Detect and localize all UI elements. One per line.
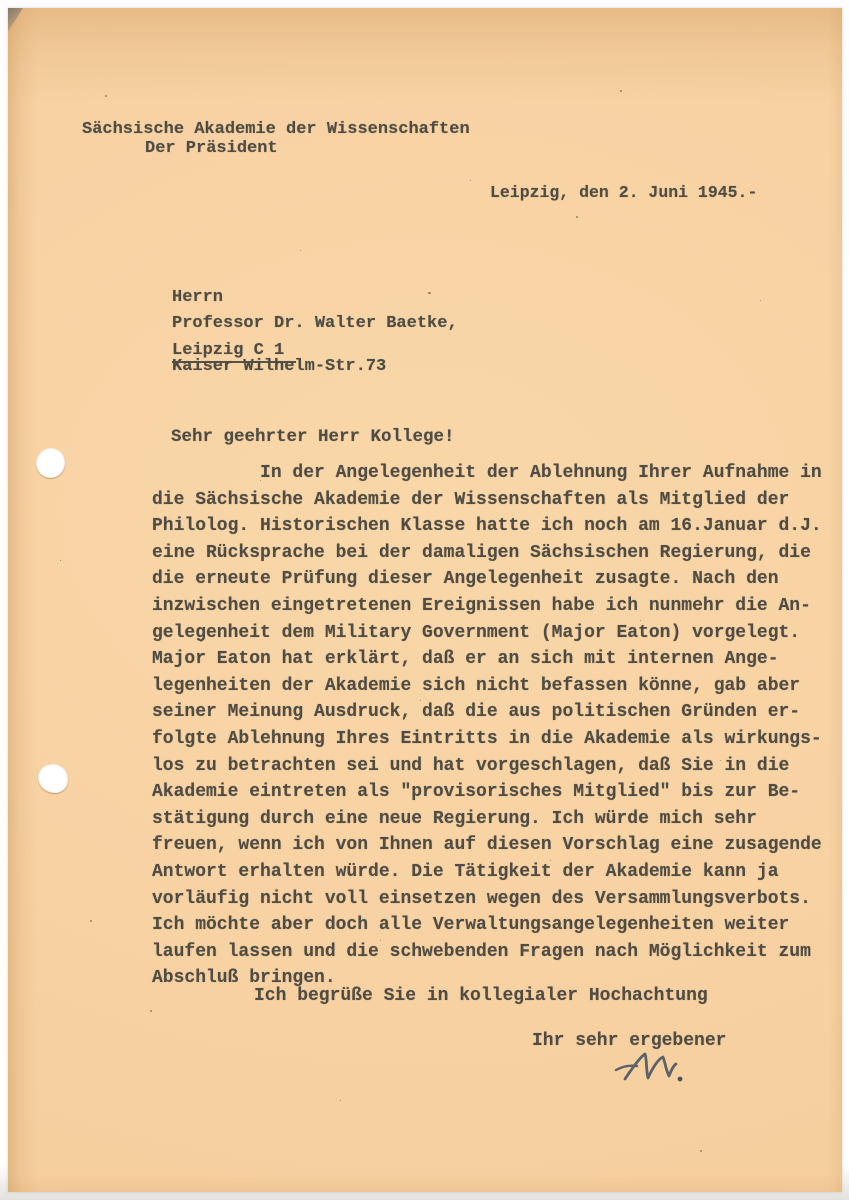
body-line: laufen lassen und die schwebenden Fragen… [152,939,849,966]
paper-speck [420,700,421,701]
body-line: Major Eaton hat erklärt, daß er an sich … [152,646,849,673]
paper-speck [620,90,622,92]
body-line: In der Angelegenheit der Ablehnung Ihrer… [152,460,849,487]
paper-speck [90,920,92,922]
punch-hole-top [36,448,65,478]
recipient-street: Kaiser Wilhelm-Str.73 [172,357,386,377]
paper-speck [470,180,471,181]
salutation: Sehr geehrter Herr Kollege! [171,427,455,447]
closing-formula: Ich begrüße Sie in kollegialer Hochachtu… [254,986,708,1007]
paper-speck [720,760,721,761]
body-line: freuen, wenn ich von Ihnen auf diesen Vo… [152,832,849,859]
body-line: folgte Ablehnung Ihres Eintritts in die … [152,726,849,753]
body-line: eine Rücksprache bei der damaligen Sächs… [152,540,849,567]
recipient-title: Herrn [172,288,223,308]
paper-speck [640,620,641,621]
paper-speck [340,1100,341,1101]
handwritten-signature-w [590,1045,710,1125]
paper-speck [300,250,301,251]
paper-speck [60,560,61,561]
paper-speck [760,300,761,301]
paper-speck [150,1010,152,1012]
body-line: Ich möchte aber doch alle Verwaltungsang… [152,912,849,939]
signature-period [678,1077,683,1082]
body-line: stätigung durch eine neue Regierung. Ich… [152,806,849,833]
body-line: legenheiten der Akademie sich nicht befa… [152,673,849,700]
body-line: Akademie eintreten als "provisorisches M… [152,779,849,806]
body-line: inzwischen eingetretenen Ereignissen hab… [152,593,849,620]
paper-speck [380,940,381,941]
scanned-letter-page: Sächsische Akademie der Wissenschaften D… [0,0,849,1200]
paper-speck [428,292,431,294]
paper-speck [105,95,107,97]
paper-speck [200,640,202,642]
paper-speck [260,480,261,481]
letterhead-organization: Sächsische Akademie der Wissenschaften [82,120,470,140]
body-line: Antwort erhalten würde. Die Tätigkeit de… [152,859,849,886]
recipient-name: Professor Dr. Walter Baetke, [172,314,458,334]
body-line: seiner Meinung Ausdruck, daß die aus pol… [152,699,849,726]
letter-paper: Sächsische Akademie der Wissenschaften D… [8,8,842,1192]
body-line: vorläufig nicht voll einsetzen wegen des… [152,886,849,913]
body-line: los zu betrachten sei und hat vorgeschla… [152,753,849,780]
letterhead-role: Der Präsident [145,139,278,159]
paper-corner-mark [8,8,23,32]
body-line: Philolog. Historischen Klasse hatte ich … [152,513,849,540]
punch-hole-bottom [38,764,68,793]
paper-speck [808,520,809,521]
body-line: die Sächsische Akademie der Wissenschaft… [152,487,849,514]
body-line: gelegenheit dem Military Government (Maj… [152,620,849,647]
dateline: Leipzig, den 2. Juni 1945.- [490,184,757,203]
paper-speck [576,216,578,218]
paper-speck [550,860,551,861]
letter-body: In der Angelegenheit der Ablehnung Ihrer… [152,460,849,992]
body-line: die erneute Prüfung dieser Angelegenheit… [152,566,849,593]
paper-speck [700,1150,702,1152]
